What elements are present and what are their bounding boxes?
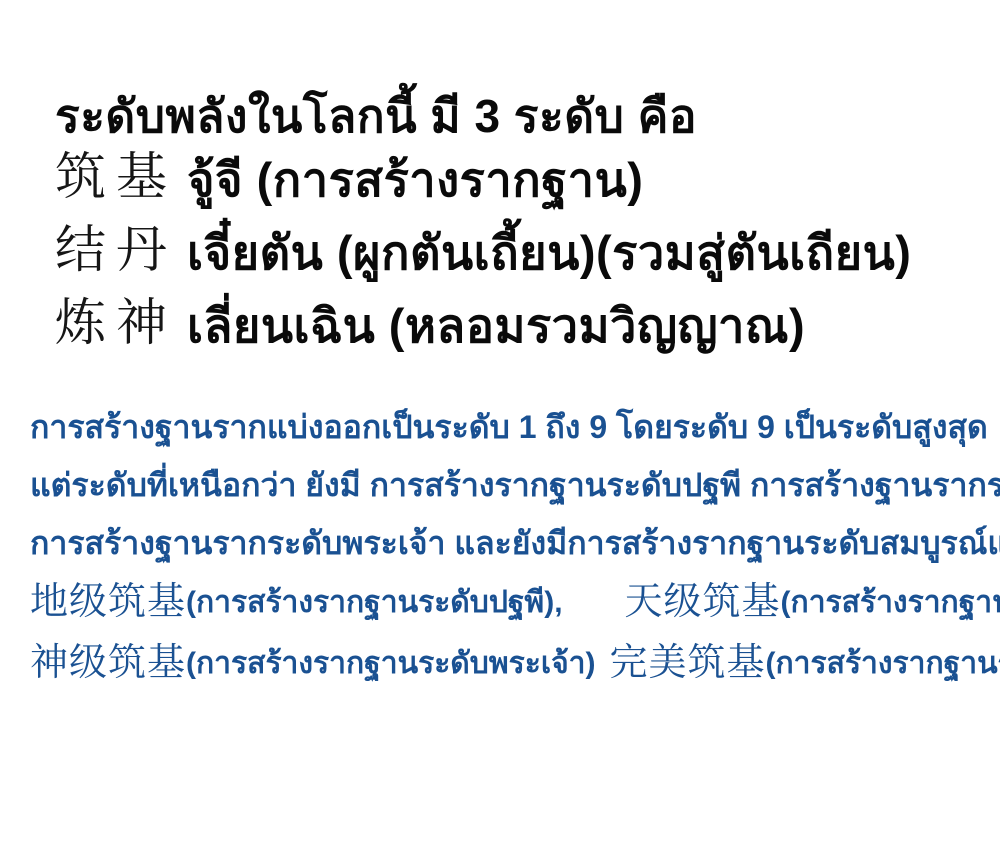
foundation-thai-heaven: (การสร้างรากฐานระดับสวรรค์), [781, 586, 1000, 619]
description-line-2: แต่ระดับที่เหนือกว่า ยังมี การสร้างรากฐา… [30, 456, 995, 514]
level-row-soul: 炼神 เลี่ยนเฉิน (หลอมรวมวิญญาณ) [55, 294, 911, 367]
foundation-thai-god: (การสร้างรากฐานระดับพระเจ้า) [186, 647, 595, 680]
level-chinese-label: 结丹 [55, 221, 187, 279]
foundation-thai-earth: (การสร้างรากฐานระดับปฐพี), [186, 586, 563, 619]
power-level-list: 筑基 จู้จี (การสร้างรากฐาน) 结丹 เจี๋ยตัน (ผ… [55, 148, 911, 367]
foundation-row-1: 地级筑基(การสร้างรากฐานระดับปฐพี),天级筑基(การสร… [30, 572, 995, 633]
foundation-chinese-heaven: 天级筑基 [625, 581, 781, 623]
page-title: ระดับพลังในโลกนี้ มี 3 ระดับ คือ [55, 80, 697, 153]
level-thai-label: เจี๋ยตัน (ผูกตันเถี้ยน)(รวมสู่ตันเถียน) [187, 221, 911, 285]
foundation-row-2: 神级筑基(การสร้างรากฐานระดับพระเจ้า)完美筑基(การ… [30, 633, 995, 694]
level-thai-label: จู้จี (การสร้างรากฐาน) [187, 148, 643, 212]
page: ระดับพลังในโลกนี้ มี 3 ระดับ คือ 筑基 จู้จ… [0, 0, 1000, 853]
level-chinese-label: 炼神 [55, 294, 187, 352]
level-thai-label: เลี่ยนเฉิน (หลอมรวมวิญญาณ) [187, 294, 805, 358]
foundation-thai-perfect: (การสร้างรากฐานระดับสมบูรณ์แบบ) [766, 647, 1000, 680]
description-line-3: การสร้างฐานรากระดับพระเจ้า และยังมีการสร… [30, 514, 995, 572]
level-chinese-label: 筑基 [55, 148, 187, 206]
description-block: การสร้างฐานรากแบ่งออกเป็นระดับ 1 ถึง 9 โ… [30, 398, 995, 694]
foundation-chinese-earth: 地级筑基 [30, 581, 186, 623]
description-line-1: การสร้างฐานรากแบ่งออกเป็นระดับ 1 ถึง 9 โ… [30, 398, 995, 456]
level-row-foundation: 筑基 จู้จี (การสร้างรากฐาน) [55, 148, 911, 221]
foundation-chinese-god: 神级筑基 [30, 642, 186, 684]
foundation-chinese-perfect: 完美筑基 [610, 642, 766, 684]
level-row-core: 结丹 เจี๋ยตัน (ผูกตันเถี้ยน)(รวมสู่ตันเถีย… [55, 221, 911, 294]
